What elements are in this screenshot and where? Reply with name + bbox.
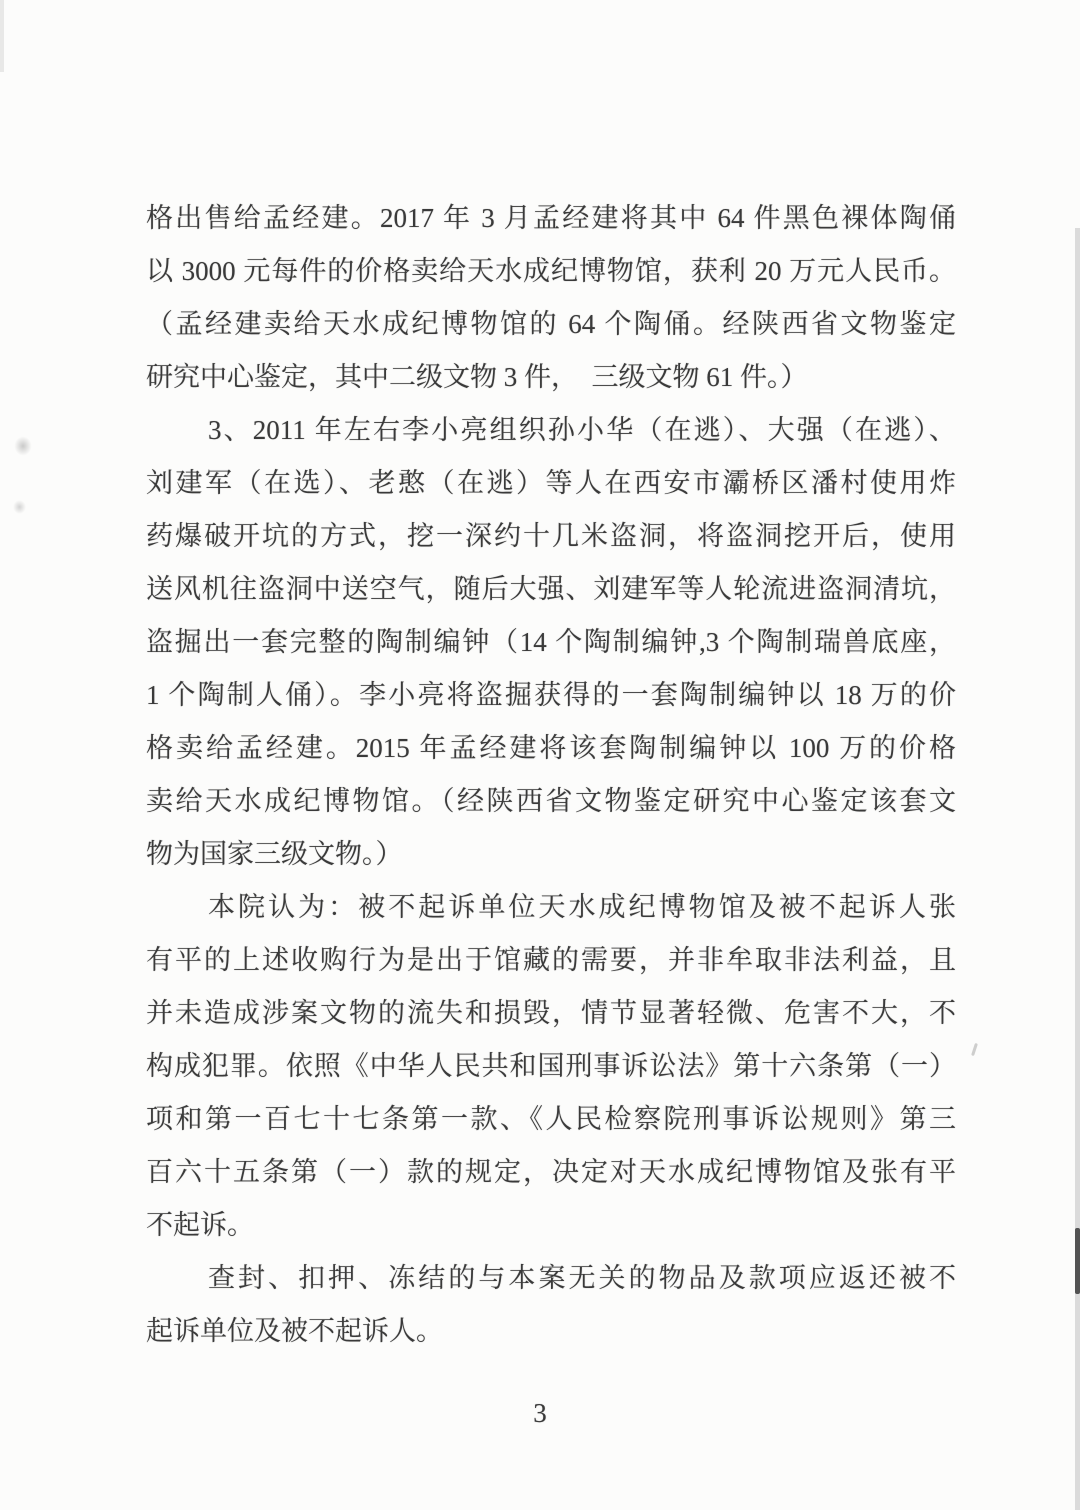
document-text-block: 格出售给孟经建。2017 年 3 月孟经建将其中 64 件黑色裸体陶俑以 300… (146, 192, 956, 1358)
text-line: 送风机往盗洞中送空气，随后大强、刘建军等人轮流进盗洞清坑， (146, 563, 956, 616)
text-line: 格卖给孟经建。2015 年孟经建将该套陶制编钟以 100 万的价格 (146, 722, 956, 775)
text-line: 研究中心鉴定，其中二级文物 3 件， 三级文物 61 件。） (146, 351, 956, 404)
text-line: 物为国家三级文物。） (146, 828, 956, 881)
scan-artifact-tick (971, 1043, 978, 1056)
text-line: 构成犯罪。依照《中华人民共和国刑事诉讼法》第十六条第（一） (146, 1040, 956, 1093)
scan-smudge (14, 436, 32, 456)
text-line: 刘建军（在选）、老憨（在逃）等人在西安市灞桥区潘村使用炸 (146, 457, 956, 510)
text-line: 有平的上述收购行为是出于馆藏的需要，并非牟取非法利益，且 (146, 934, 956, 987)
scanned-document-page: 格出售给孟经建。2017 年 3 月孟经建将其中 64 件黑色裸体陶俑以 300… (0, 0, 1080, 1510)
text-line: 盗掘出一套完整的陶制编钟（14 个陶制编钟,3 个陶制瑞兽底座， (146, 616, 956, 669)
text-line: 格出售给孟经建。2017 年 3 月孟经建将其中 64 件黑色裸体陶俑 (146, 192, 956, 245)
text-line: 查封、扣押、冻结的与本案无关的物品及款项应返还被不 (146, 1252, 956, 1305)
text-line: 百六十五条第（一）款的规定，决定对天水成纪博物馆及张有平 (146, 1146, 956, 1199)
page-number: 3 (0, 1393, 1080, 1433)
text-line: 本院认为：被不起诉单位天水成纪博物馆及被不起诉人张 (146, 881, 956, 934)
text-line: 卖给天水成纪博物馆。（经陕西省文物鉴定研究中心鉴定该套文 (146, 775, 956, 828)
text-line: 3、2011 年左右李小亮组织孙小华（在逃）、大强（在逃）、 (146, 404, 956, 457)
scan-edge-dark-segment (1075, 1228, 1080, 1294)
scan-smudge (13, 500, 26, 514)
text-line: 药爆破开坑的方式，挖一深约十几米盗洞，将盗洞挖开后，使用 (146, 510, 956, 563)
text-line: 以 3000 元每件的价格卖给天水成纪博物馆，获利 20 万元人民币。 (146, 245, 956, 298)
text-line: 1 个陶制人俑）。李小亮将盗掘获得的一套陶制编钟以 18 万的价 (146, 669, 956, 722)
scan-edge-line (1075, 228, 1080, 1510)
text-line: 项和第一百七十七条第一款、《人民检察院刑事诉讼规则》第三 (146, 1093, 956, 1146)
scan-edge-line (0, 0, 4, 72)
text-line: 起诉单位及被不起诉人。 (146, 1305, 956, 1358)
text-line: （孟经建卖给天水成纪博物馆的 64 个陶俑。经陕西省文物鉴定 (146, 298, 956, 351)
text-line: 不起诉。 (146, 1199, 956, 1252)
text-line: 并未造成涉案文物的流失和损毁，情节显著轻微、危害不大，不 (146, 987, 956, 1040)
